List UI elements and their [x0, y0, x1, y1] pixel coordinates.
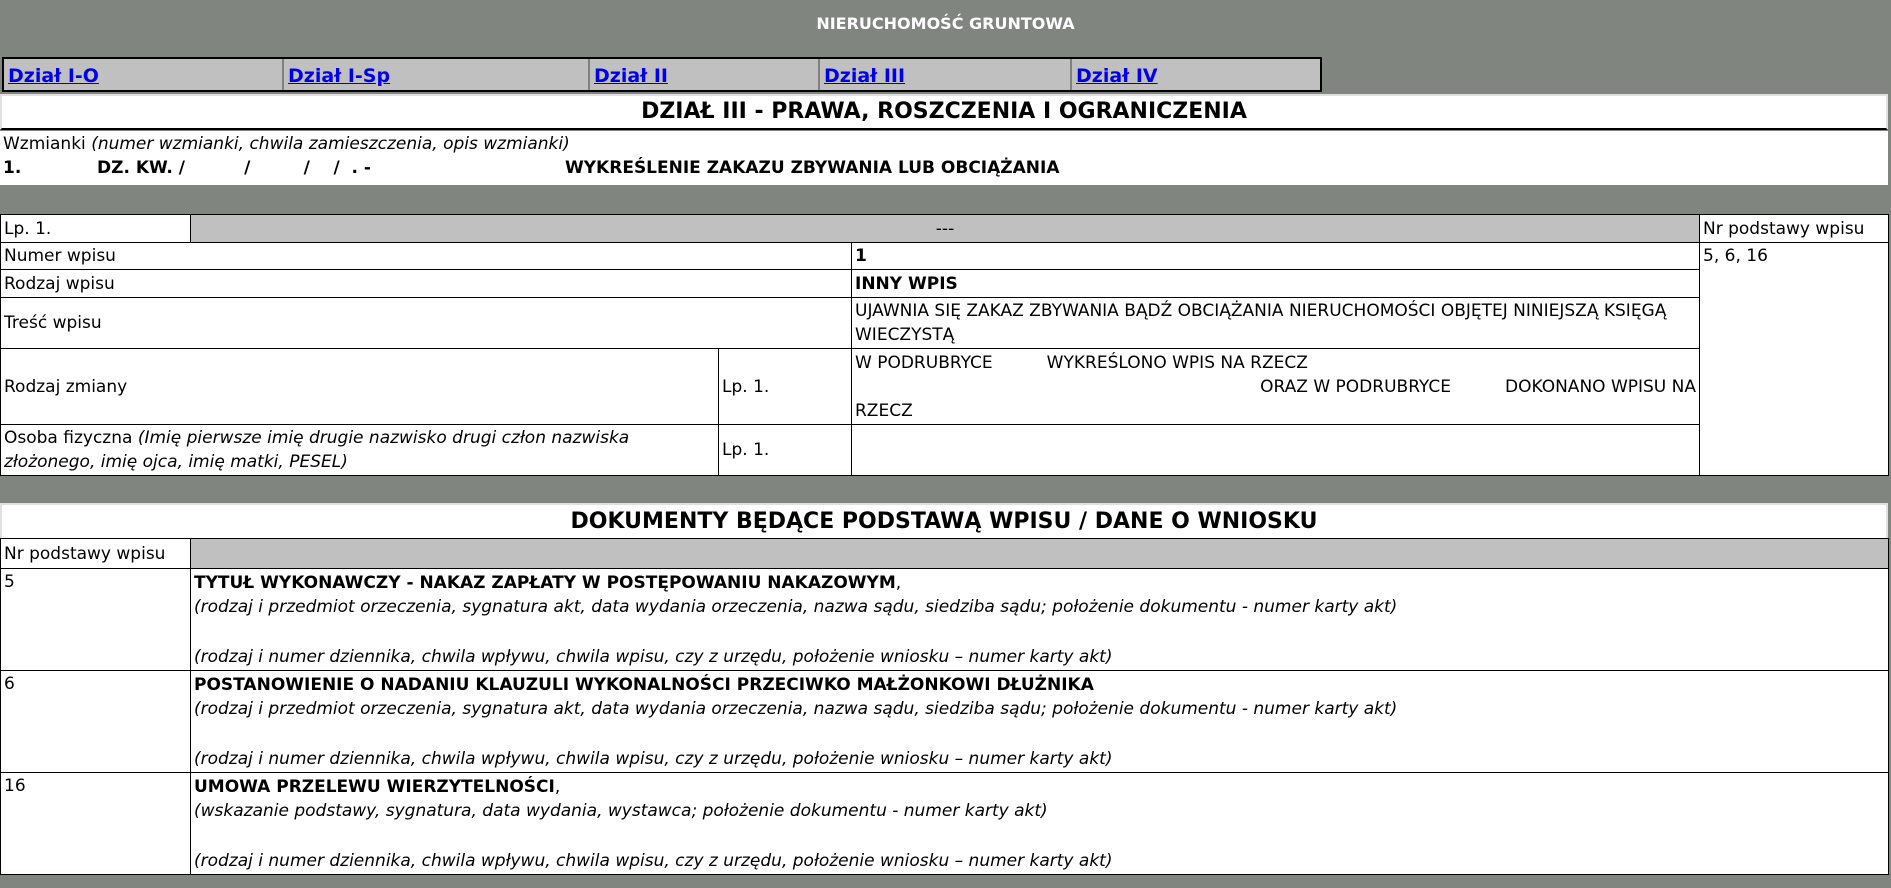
tresc-wpisu-label: Treść wpisu — [1, 298, 852, 349]
osoba-label: Osoba fizyczna — [4, 428, 132, 448]
basis-header: Nr podstawy wpisu — [1700, 215, 1889, 243]
wzmianka-text: WYKREŚLENIE ZAKAZU ZBYWANIA LUB OBCIĄŻAN… — [565, 158, 1059, 178]
entry-header-row: Lp. 1. --- Nr podstawy wpisu — [1, 215, 1889, 243]
doc-cell: TYTUŁ WYKONAWCZY - NAKAZ ZAPŁATY W POSTĘ… — [191, 569, 1889, 671]
table-row: 6 POSTANOWIENIE O NADANIU KLAUZULI WYKON… — [1, 671, 1889, 773]
table-row: 16 UMOWA PRZELEWU WIERZYTELNOŚCI, (wskaz… — [1, 773, 1889, 875]
tab-link-dzial-i-sp[interactable]: Dział I-Sp — [288, 65, 390, 87]
doc-title-suffix: , — [896, 573, 901, 593]
tab-link-dzial-iii[interactable]: Dział III — [824, 65, 905, 87]
tab-dzial-i-o[interactable]: Dział I-O — [4, 59, 284, 90]
tresc-wpisu-value: UJAWNIA SIĘ ZAKAZ ZBYWANIA BĄDŹ OBCIĄŻAN… — [852, 298, 1700, 349]
doc-title: TYTUŁ WYKONAWCZY - NAKAZ ZAPŁATY W POSTĘ… — [194, 573, 896, 593]
documents-header-row: Nr podstawy wpisu — [1, 539, 1889, 569]
wzmianka-entry: 1.DZ. KW. / / / / . -WYKREŚLENIE ZAKAZU … — [3, 156, 1885, 180]
tab-link-dzial-i-o[interactable]: Dział I-O — [8, 65, 99, 87]
table-row: Osoba fizyczna (Imię pierwsze imię drugi… — [1, 425, 1889, 476]
rodzaj-wpisu-value: INNY WPIS — [852, 270, 1700, 298]
doc-request-hint: (rodzaj i numer dziennika, chwila wpływu… — [194, 645, 1885, 669]
documents-title: DOKUMENTY BĘDĄCE PODSTAWĄ WPISU / DANE O… — [0, 503, 1888, 539]
doc-cell: POSTANOWIENIE O NADANIU KLAUZULI WYKONAL… — [191, 671, 1889, 773]
doc-hint: (rodzaj i przedmiot orzeczenia, sygnatur… — [194, 595, 1885, 619]
page-title: NIERUCHOMOŚĆ GRUNTOWA — [0, 14, 1891, 33]
doc-hint: (wskazanie podstawy, sygnatura, data wyd… — [194, 799, 1885, 823]
doc-hint: (rodzaj i przedmiot orzeczenia, sygnatur… — [194, 697, 1885, 721]
wzmianki-panel: Wzmianki (numer wzmianki, chwila zamiesz… — [0, 131, 1888, 185]
zmiana-line-3: RZECZ — [855, 399, 1696, 423]
wzmianki-label: Wzmianki — [3, 134, 86, 154]
table-row: Rodzaj wpisu INNY WPIS — [1, 270, 1889, 298]
osoba-fizyczna-label: Osoba fizyczna (Imię pierwsze imię drugi… — [1, 425, 719, 476]
table-row: Rodzaj zmiany Lp. 1. W PODRUBRYCE WYKREŚ… — [1, 349, 1889, 425]
doc-nr: 6 — [1, 671, 191, 773]
doc-title: POSTANOWIENIE O NADANIU KLAUZULI WYKONAL… — [194, 675, 1094, 695]
doc-title: UMOWA PRZELEWU WIERZYTELNOŚCI — [194, 777, 555, 797]
zmiana-line-2: ORAZ W PODRUBRYCE DOKONANO WPISU NA — [855, 375, 1696, 399]
rodzaj-zmiany-value: W PODRUBRYCE WYKREŚLONO WPIS NA RZECZ OR… — [852, 349, 1700, 425]
documents-table: Nr podstawy wpisu 5 TYTUŁ WYKONAWCZY - N… — [0, 538, 1889, 875]
tab-dzial-iv[interactable]: Dział IV — [1072, 59, 1320, 90]
doc-title-suffix: , — [555, 777, 560, 797]
numer-wpisu-value: 1 — [852, 243, 1700, 270]
rodzaj-zmiany-lp: Lp. 1. — [719, 349, 852, 425]
entry-lp-label: Lp. 1. — [1, 215, 191, 243]
tab-link-dzial-ii[interactable]: Dział II — [594, 65, 668, 87]
table-row: Numer wpisu 1 5, 6, 16 — [1, 243, 1889, 270]
section-tabs: Dział I-O Dział I-Sp Dział II Dział III … — [2, 57, 1322, 92]
osoba-value — [852, 425, 1700, 476]
documents-header: Nr podstawy wpisu — [1, 539, 191, 569]
doc-cell: UMOWA PRZELEWU WIERZYTELNOŚCI, (wskazani… — [191, 773, 1889, 875]
tab-dzial-i-sp[interactable]: Dział I-Sp — [284, 59, 590, 90]
wzmianka-number: 1. — [3, 156, 97, 180]
doc-request-hint: (rodzaj i numer dziennika, chwila wpływu… — [194, 747, 1885, 771]
wzmianki-hint: (numer wzmianki, chwila zamieszczenia, o… — [91, 134, 570, 154]
basis-value: 5, 6, 16 — [1700, 243, 1889, 476]
table-row: Treść wpisu UJAWNIA SIĘ ZAKAZ ZBYWANIA B… — [1, 298, 1889, 349]
documents-header-blank — [191, 539, 1889, 569]
doc-nr: 5 — [1, 569, 191, 671]
entry-table: Lp. 1. --- Nr podstawy wpisu Numer wpisu… — [0, 214, 1889, 476]
table-row: 5 TYTUŁ WYKONAWCZY - NAKAZ ZAPŁATY W POS… — [1, 569, 1889, 671]
rodzaj-wpisu-label: Rodzaj wpisu — [1, 270, 852, 298]
zmiana-line-1: W PODRUBRYCE WYKREŚLONO WPIS NA RZECZ — [855, 351, 1696, 375]
tab-link-dzial-iv[interactable]: Dział IV — [1076, 65, 1158, 87]
osoba-lp: Lp. 1. — [719, 425, 852, 476]
tab-dzial-iii[interactable]: Dział III — [820, 59, 1072, 90]
tab-dzial-ii[interactable]: Dział II — [590, 59, 820, 90]
numer-wpisu-label: Numer wpisu — [1, 243, 852, 270]
doc-request-hint: (rodzaj i numer dziennika, chwila wpływu… — [194, 849, 1885, 873]
rodzaj-zmiany-label: Rodzaj zmiany — [1, 349, 719, 425]
wzmianka-ref: DZ. KW. / / / / . - — [97, 156, 565, 180]
section-title: DZIAŁ III - PRAWA, ROSZCZENIA I OGRANICZ… — [0, 94, 1888, 130]
doc-nr: 16 — [1, 773, 191, 875]
entry-lp-value: --- — [191, 215, 1700, 243]
